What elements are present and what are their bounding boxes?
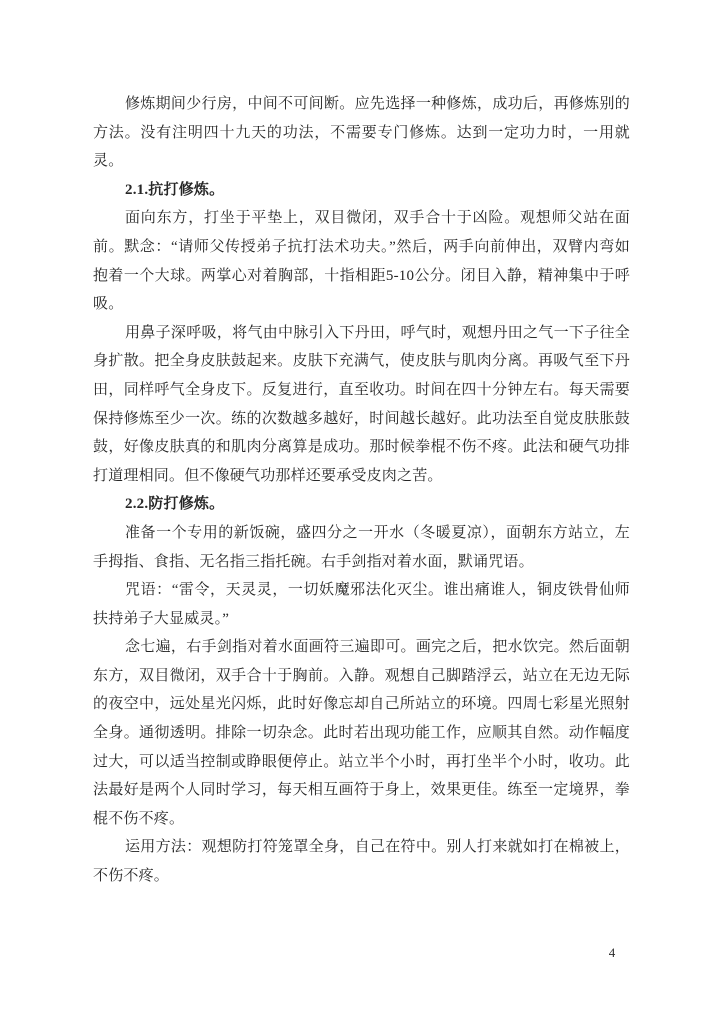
section-heading: 2.1.抗打修炼。 — [93, 176, 630, 205]
paragraph: 念七遍，右手剑指对着水面画符三遍即可。画完之后，把水饮完。然后面朝东方，双目微闭… — [93, 633, 630, 833]
document-page: 修炼期间少行房，中间不可间断。应先选择一种修炼，成功后，再修炼别的方法。没有注明… — [0, 0, 724, 1024]
document-content: 修炼期间少行房，中间不可间断。应先选择一种修炼，成功后，再修炼别的方法。没有注明… — [93, 90, 630, 891]
paragraph: 运用方法：观想防打符笼罩全身，自己在符中。别人打来就如打在棉被上，不伤不疼。 — [93, 833, 630, 890]
page-number: 4 — [600, 944, 624, 962]
paragraph: 咒语：“雷令，天灵灵，一切妖魔邪法化灭尘。谁出痛谁人，铜皮铁骨仙师扶持弟子大显威… — [93, 576, 630, 633]
paragraph: 用鼻子深呼吸，将气由中脉引入下丹田，呼气时，观想丹田之气一下子往全身扩散。把全身… — [93, 319, 630, 491]
paragraph: 面向东方，打坐于平垫上，双目微闭，双手合十于凶险。观想师父站在面前。默念：“请师… — [93, 204, 630, 318]
section-heading: 2.2.防打修炼。 — [93, 490, 630, 519]
paragraph: 修炼期间少行房，中间不可间断。应先选择一种修炼，成功后，再修炼别的方法。没有注明… — [93, 90, 630, 176]
paragraph: 准备一个专用的新饭碗，盛四分之一开水（冬暖夏凉），面朝东方站立，左手拇指、食指、… — [93, 519, 630, 576]
